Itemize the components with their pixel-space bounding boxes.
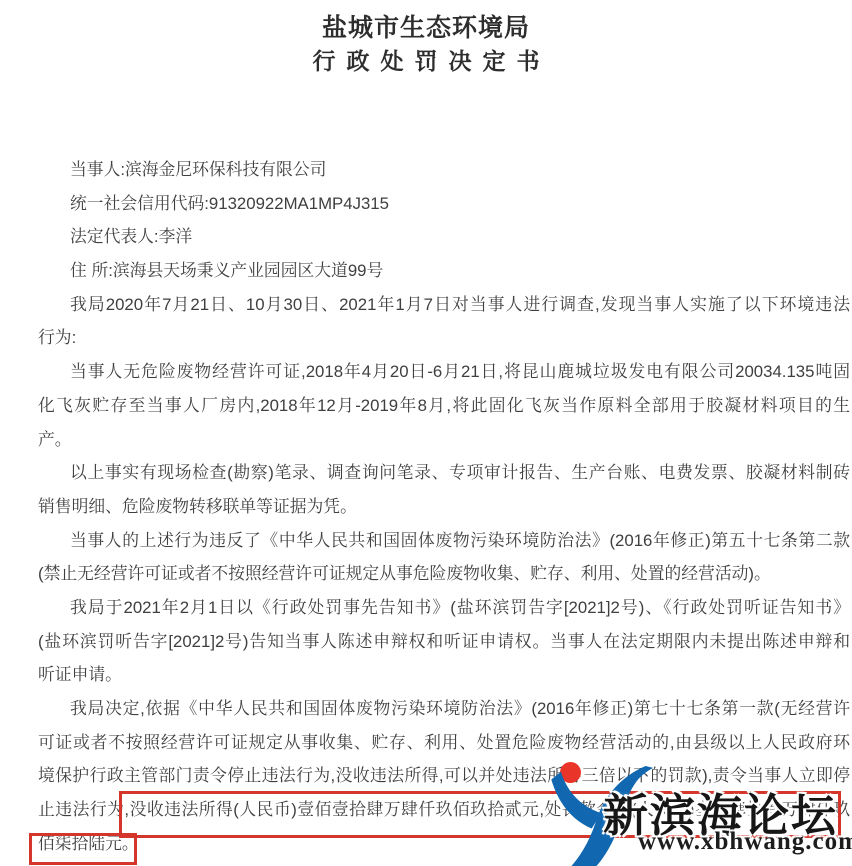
doc-line: 我局2020年7月21日、10月30日、2021年1月7日对当事人进行调查,发现… bbox=[38, 288, 850, 322]
doc-line: 销售明细、危险废物转移联单等证据为凭。 bbox=[38, 490, 850, 524]
doc-line-party: 当事人:滨海金尼环保科技有限公司 bbox=[38, 153, 850, 187]
doc-line: (盐环滨罚听告字[2021]2号)告知当事人陈述申辩权和听证申请权。当事人在法定… bbox=[38, 625, 850, 659]
doc-line: 我局于2021年2月1日以《行政处罚事先告知书》(盐环滨罚告字[2021]2号)… bbox=[38, 591, 850, 625]
doc-line: 当事人的上述行为违反了《中华人民共和国固体废物污染环境防治法》(2016年修正)… bbox=[38, 524, 850, 558]
doc-line-credit-code: 统一社会信用代码:91320922MA1MP4J315 bbox=[38, 187, 850, 221]
org-name: 盐城市生态环境局 bbox=[0, 8, 852, 44]
doc-line: 化飞灰贮存至当事人厂房内,2018年12月-2019年8月,将此固化飞灰当作原料… bbox=[38, 389, 850, 423]
doc-line-legal-rep: 法定代表人:李洋 bbox=[38, 220, 850, 254]
penalty-document-page: 盐城市生态环境局 行政处罚决定书 当事人:滨海金尼环保科技有限公司 统一社会信用… bbox=[0, 0, 852, 866]
document-body: 当事人:滨海金尼环保科技有限公司 统一社会信用代码:91320922MA1MP4… bbox=[38, 153, 850, 860]
highlight-box-tail bbox=[29, 833, 137, 865]
doc-line: 当事人无危险废物经营许可证,2018年4月20日-6月21日,将昆山鹿城垃圾发电… bbox=[38, 355, 850, 389]
doc-line: 行为: bbox=[38, 321, 850, 355]
doc-line-address: 住 所:滨海县天场秉义产业园园区大道99号 bbox=[38, 254, 850, 288]
doc-line: 我局决定,依据《中华人民共和国固体废物污染环境防治法》(2016年修正)第七十七… bbox=[38, 692, 850, 726]
doc-line: (禁止无经营许可证或者不按照经营许可证规定从事危险废物收集、贮存、利用、处置的经… bbox=[38, 557, 850, 591]
doc-line: 以上事实有现场检查(勘察)笔录、调查询问笔录、专项审计报告、生产台账、电费发票、… bbox=[38, 456, 850, 490]
doc-line: 听证申请。 bbox=[38, 658, 850, 692]
page-title: 行政处罚决定书 bbox=[0, 43, 852, 76]
doc-line: 产。 bbox=[38, 423, 850, 457]
watermark-site-url: www.xbhwang.com bbox=[638, 828, 852, 856]
doc-line: 可证或者不按照经营许可证规定从事收集、贮存、利用、处置危险废物经营活动的,由县级… bbox=[38, 726, 850, 760]
